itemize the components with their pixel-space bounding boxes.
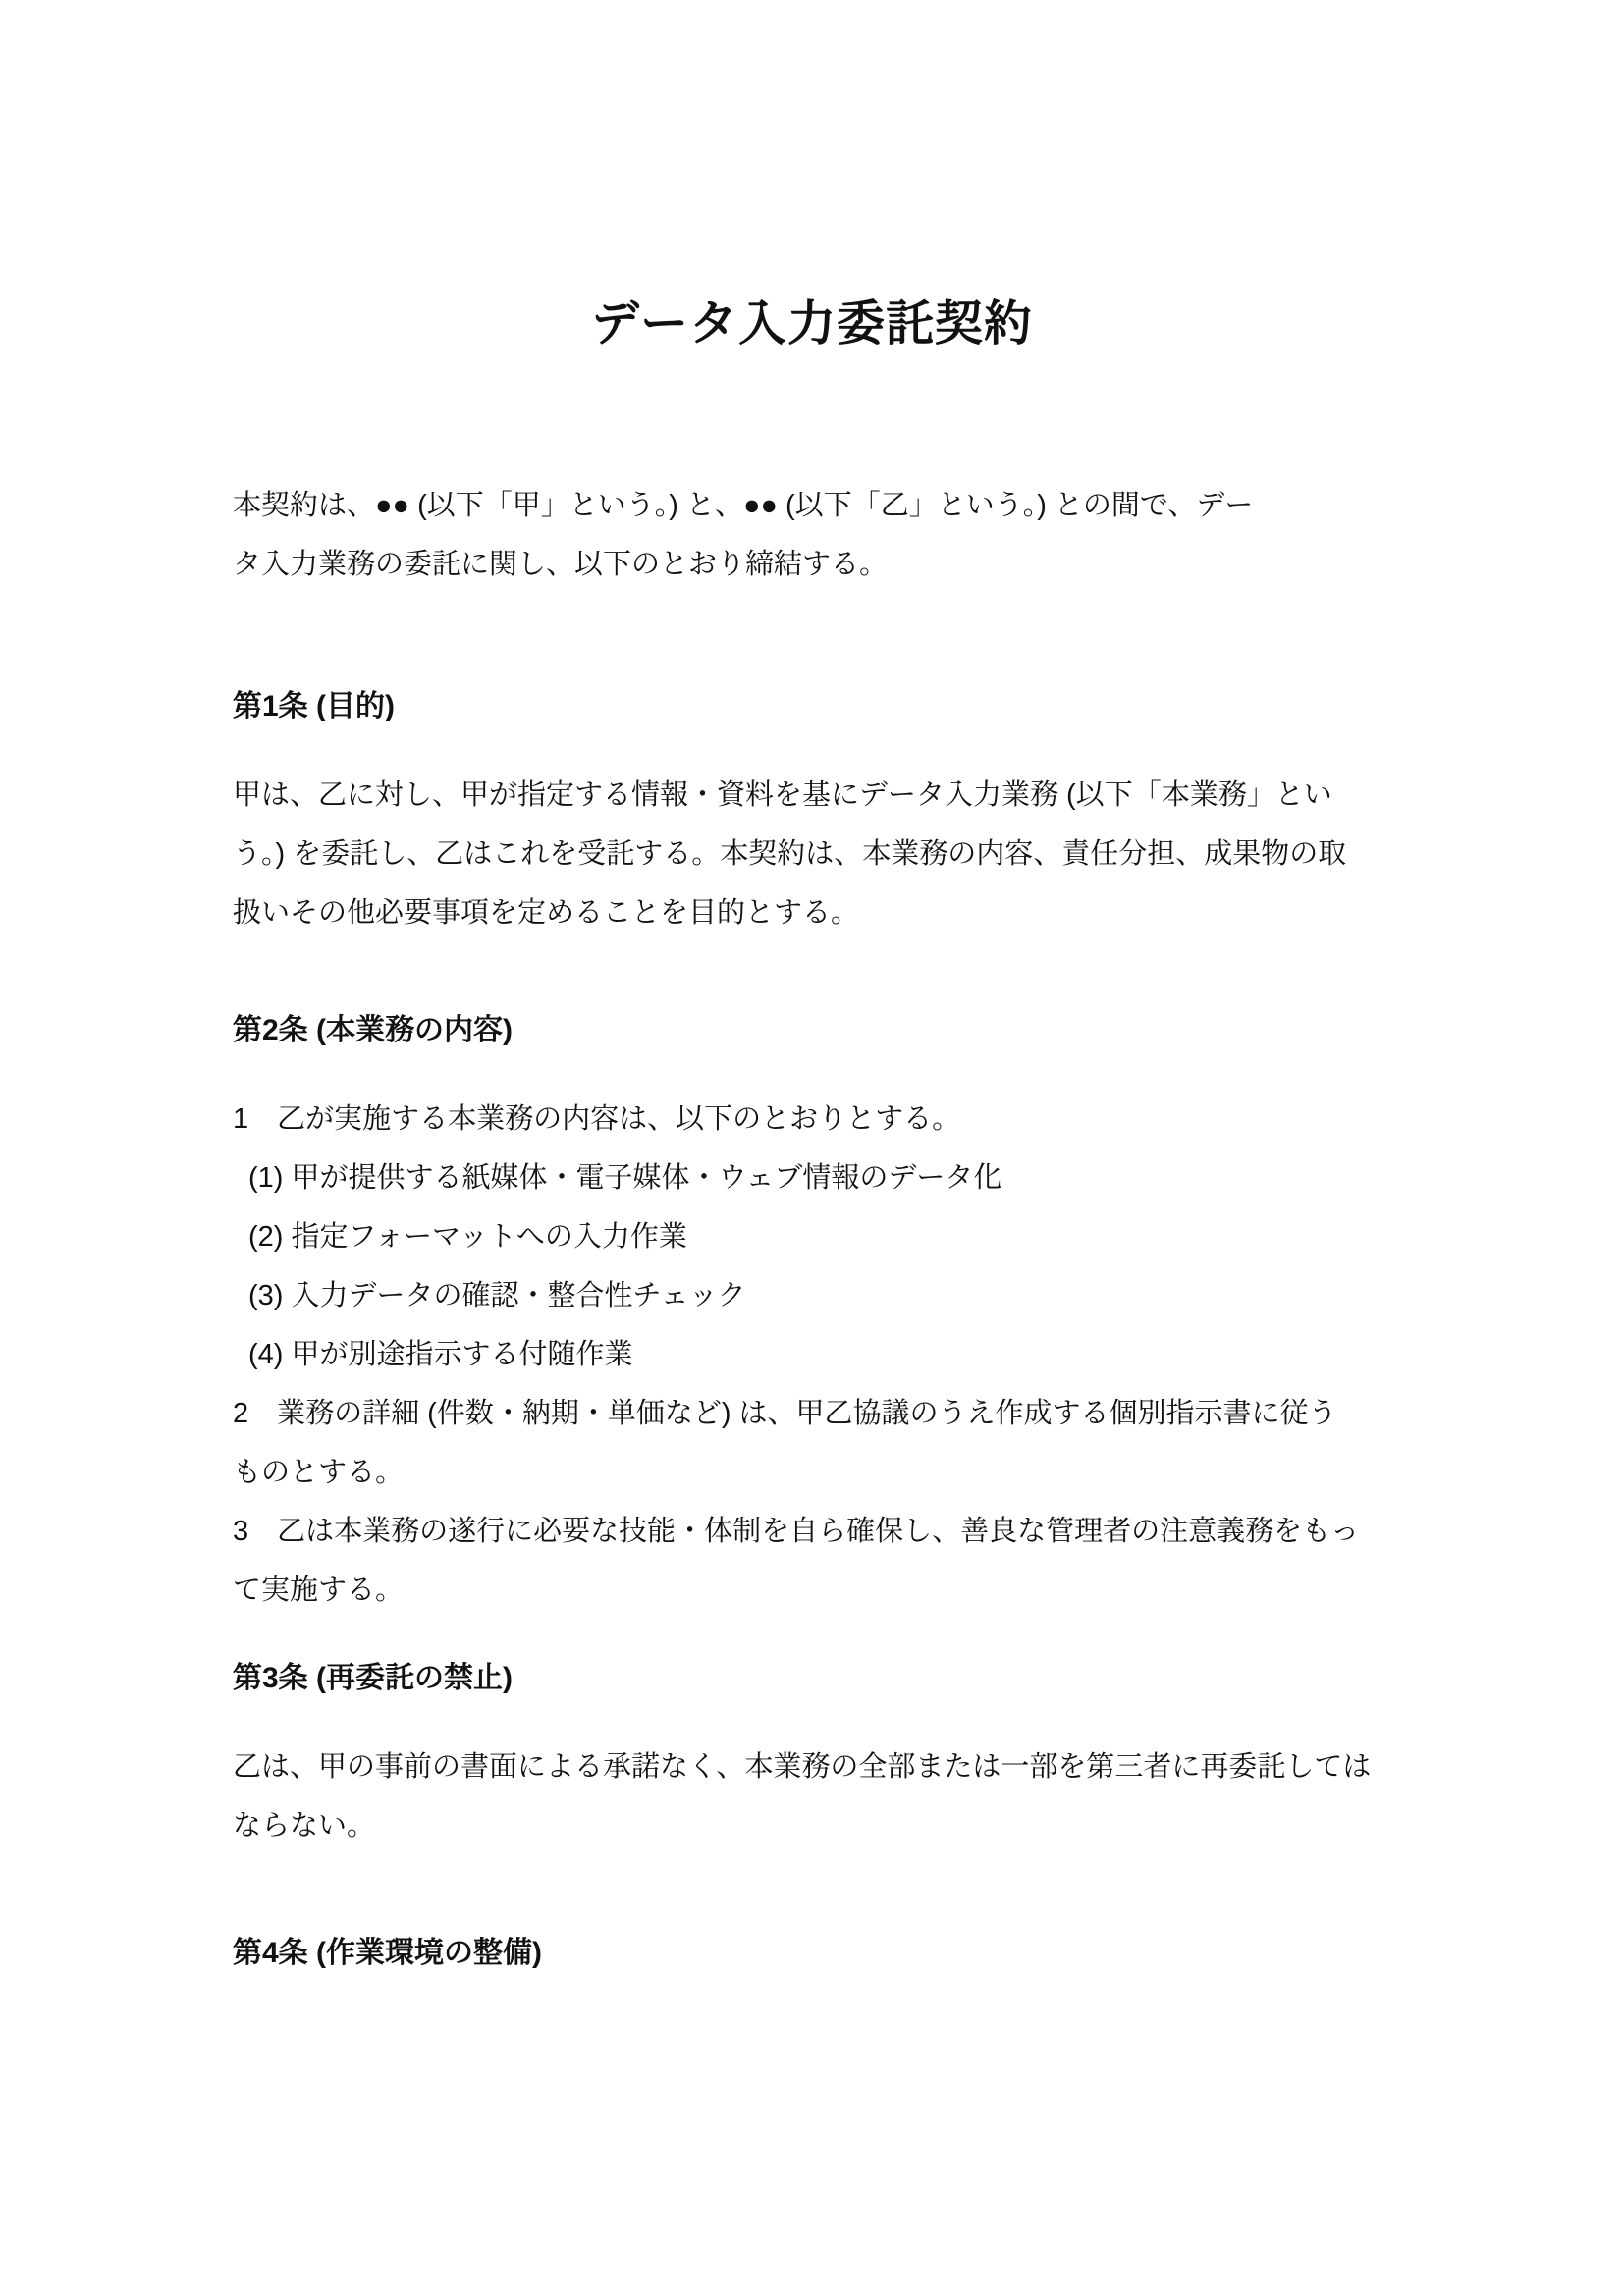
clause-2-line: ものとする。 (233, 1443, 1391, 1502)
document-page: データ入力委託契約 本契約は、●● (以下「甲」という。) と、●● (以下「乙… (0, 0, 1624, 2296)
intro-paragraph: 本契約は、●● (以下「甲」という。) と、●● (以下「乙」という。) との間… (233, 476, 1391, 594)
subitem-line: (3) 入力データの確認・整合性チェック (233, 1266, 1391, 1325)
clause-3-line: て実施する。 (233, 1561, 1391, 1620)
text-line: ならない。 (233, 1796, 1391, 1855)
subitem-line: (1) 甲が提供する紙媒体・電子媒体・ウェブ情報のデータ化 (233, 1148, 1391, 1207)
article-1-heading: 第1条 (目的) (233, 677, 1391, 736)
clause-3-line: 3 乙は本業務の遂行に必要な技能・体制を自ら確保し、善良な管理者の注意義務をもっ (233, 1502, 1391, 1561)
article-3-heading: 第3条 (再委託の禁止) (233, 1649, 1391, 1708)
text-line: 甲は、乙に対し、甲が指定する情報・資料を基にデータ入力業務 (以下「本業務」とい (233, 766, 1391, 825)
text-line: タ入力業務の委託に関し、以下のとおり締結する。 (233, 535, 1391, 594)
article-1-body: 甲は、乙に対し、甲が指定する情報・資料を基にデータ入力業務 (以下「本業務」とい… (233, 766, 1391, 942)
article-4-heading: 第4条 (作業環境の整備) (233, 1924, 1391, 1983)
article-2-heading: 第2条 (本業務の内容) (233, 1001, 1391, 1060)
article-3-body: 乙は、甲の事前の書面による承諾なく、本業務の全部または一部を第三者に再委託しては… (233, 1737, 1391, 1855)
clause-2-line: 2 業務の詳細 (件数・納期・単価など) は、甲乙協議のうえ作成する個別指示書に… (233, 1384, 1391, 1443)
subitem-line: (2) 指定フォーマットへの入力作業 (233, 1207, 1391, 1266)
text-line: 乙は、甲の事前の書面による承諾なく、本業務の全部または一部を第三者に再委託しては (233, 1737, 1391, 1796)
text-line: う。) を委託し、乙はこれを受託する。本契約は、本業務の内容、責任分担、成果物の… (233, 825, 1391, 883)
document-title: データ入力委託契約 (233, 294, 1391, 353)
text-line: 本契約は、●● (以下「甲」という。) と、●● (以下「乙」という。) との間… (233, 476, 1391, 535)
article-2-body: 1 乙が実施する本業務の内容は、以下のとおりとする。 (1) 甲が提供する紙媒体… (233, 1090, 1391, 1620)
subitem-line: (4) 甲が別途指示する付随作業 (233, 1325, 1391, 1384)
clause-1-line: 1 乙が実施する本業務の内容は、以下のとおりとする。 (233, 1090, 1391, 1148)
text-line: 扱いその他必要事項を定めることを目的とする。 (233, 883, 1391, 942)
